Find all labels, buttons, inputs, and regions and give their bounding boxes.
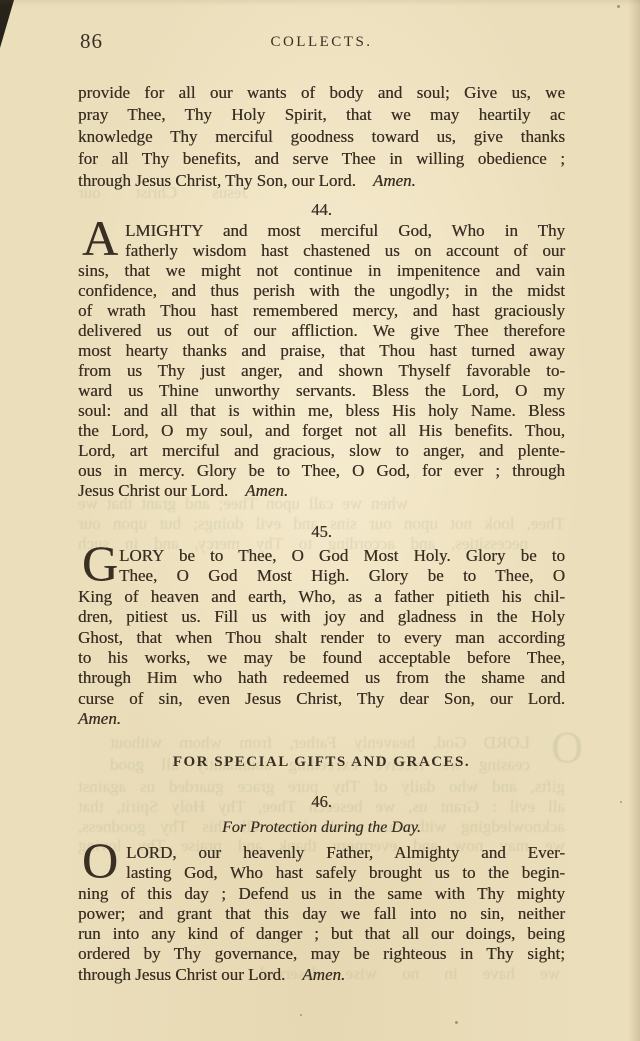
collect-continuation-paragraph: provide for all our wants of body and so…: [78, 82, 565, 192]
text-line: Ghost, that when Thou shalt render to ev…: [78, 628, 565, 648]
text-line: delivered us out of our affliction. We g…: [78, 321, 565, 341]
collect-46-paragraph: O LORD, our heavenly Father, Almighty an…: [78, 843, 565, 985]
text-line: for all Thy benefits, and serve Thee in …: [78, 148, 565, 170]
collect-number-45: 45.: [78, 522, 565, 542]
text-line: from us Thy just anger, and shown Thysel…: [78, 361, 565, 381]
text-line: most hearty thanks and praise, that Thou…: [78, 341, 565, 361]
closing-words: Jesus Christ our Lord.: [78, 481, 228, 500]
bleedthrough-text-line: LORD God, heavenly Father, from whom wit…: [110, 733, 530, 753]
text-line: ward us Thine unworthy servants. Bless t…: [78, 381, 565, 401]
text-line: Lord, art merciful and gracious, slow to…: [78, 441, 565, 461]
text-line: through Jesus Christ, Thy Son, our Lord.…: [78, 170, 565, 192]
text-line: confidence, and thus perish with the ung…: [78, 281, 565, 301]
text-line: soul: and all that is within me, bless H…: [78, 401, 565, 421]
amen: Amen.: [245, 481, 288, 500]
text-line: ordered by Thy governance, may be righte…: [78, 944, 565, 964]
drop-cap-G: G: [82, 538, 118, 588]
text-line: provide for all our wants of body and so…: [78, 82, 565, 104]
text-line: curse of sin, even Jesus Christ, Thy dea…: [78, 689, 565, 709]
text-line: ous in mercy. Glory be to Thee, O God, f…: [78, 461, 565, 481]
text-line: ning of this day ; Defend us in the same…: [78, 884, 565, 904]
text-line: Amen.: [78, 709, 565, 729]
text-line: pray Thee, Thy Holy Spirit, that we may …: [78, 104, 565, 126]
paper-speck: [300, 1014, 302, 1016]
closing-words: through Jesus Christ, Thy Son, our Lord.: [78, 171, 356, 190]
running-title: COLLECTS.: [78, 34, 565, 51]
collect-45-paragraph: G LORY be to Thee, O God Most Holy. Glor…: [78, 546, 565, 730]
text-line: of wrath Thou hast remembered mercy, and…: [78, 301, 565, 321]
text-line: LMIGHTY and most merciful God, Who in Th…: [78, 221, 565, 241]
text-line: fatherly wisdom hast chastened us on acc…: [78, 241, 565, 261]
text-line: King of heaven and earth, Who, as a fath…: [78, 587, 565, 607]
drop-cap-O: O: [82, 835, 118, 885]
text-line: run into any kind of danger ; but that a…: [78, 924, 565, 944]
text-line: LORY be to Thee, O God Most Holy. Glory …: [78, 546, 565, 566]
text-line: to his works, we may be found acceptable…: [78, 648, 565, 668]
text-line: power; and grant that this day we fall i…: [78, 904, 565, 924]
collect-number-46: 46.: [78, 792, 565, 812]
text-line: sins, that we might not continue in impe…: [78, 261, 565, 281]
page-top-shadow: [0, 0, 640, 6]
section-heading: FOR SPECIAL GIFTS AND GRACES.: [78, 754, 565, 771]
paper-speck: [617, 5, 620, 8]
text-line: dren, pitiest us. Fill us with joy and g…: [78, 607, 565, 627]
drop-cap-A: A: [82, 213, 118, 263]
scan-corner-artifact: [0, 0, 14, 48]
page-edge-shadow: [628, 0, 640, 1041]
text-line: through Him who hath redeemed us from th…: [78, 668, 565, 688]
text-line: Jesus Christ our Lord.Amen.: [78, 481, 565, 501]
paper-speck: [455, 1021, 458, 1024]
text-line: Thee, O God Most High. Glory be to Thee,…: [78, 566, 565, 586]
closing-words: through Jesus Christ our Lord.: [78, 965, 285, 984]
collect-number-44: 44.: [78, 200, 565, 220]
text-line: through Jesus Christ our Lord.Amen.: [78, 965, 565, 985]
amen: Amen.: [78, 709, 121, 728]
amen: Amen.: [302, 965, 345, 984]
collect-46-rubric: For Protection during the Day.: [78, 819, 565, 837]
text-line: knowledge Thy merciful goodness toward u…: [78, 126, 565, 148]
paper-speck: [620, 801, 622, 803]
text-line: the Lord, O my soul, and forget not all …: [78, 421, 565, 441]
amen: Amen.: [373, 171, 416, 190]
book-page-scan: Jesus Christ ourwhen we call upon Thee; …: [0, 0, 640, 1041]
text-line: lasting God, Who hast safely brought us …: [78, 863, 565, 883]
text-line: LORD, our heavenly Father, Almighty and …: [78, 843, 565, 863]
collect-44-paragraph: A LMIGHTY and most merciful God, Who in …: [78, 221, 565, 501]
